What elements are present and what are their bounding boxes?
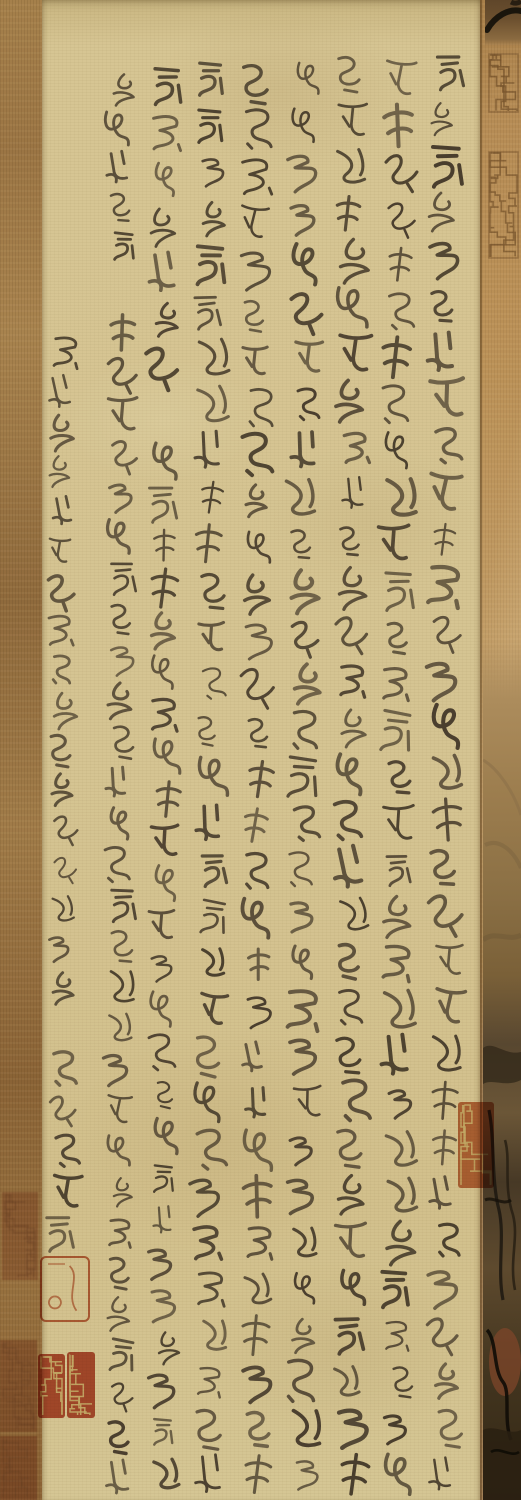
calligraphy-glyph	[377, 428, 421, 473]
calligraphy-glyph	[283, 196, 327, 241]
calligraphy-glyph	[424, 1452, 468, 1497]
artist-seal-right-pattern	[67, 1352, 95, 1418]
calligraphy-glyph	[424, 1265, 468, 1310]
calligraphy-glyph	[143, 441, 187, 481]
calligraphy-glyph	[42, 1049, 86, 1088]
calligraphy-glyph	[99, 1131, 143, 1170]
calligraphy-glyph	[99, 885, 143, 924]
calligraphy-glyph	[99, 640, 143, 679]
calligraphy-glyph	[330, 798, 374, 843]
calligraphy-glyph	[283, 894, 327, 939]
calligraphy-glyph	[377, 754, 421, 799]
calligraphy-glyph	[377, 521, 421, 566]
calligraphy-glyph	[189, 847, 233, 892]
collector-seal-left-border-1-pattern	[2, 1192, 38, 1280]
calligraphy-glyph	[236, 989, 280, 1033]
calligraphy-glyph	[143, 736, 187, 776]
calligraphy-glyph	[99, 1294, 143, 1333]
calligraphy-glyph	[377, 1173, 421, 1218]
calligraphy-glyph	[236, 61, 280, 105]
calligraphy-glyph	[424, 96, 468, 141]
calligraphy-glyph	[143, 1116, 187, 1156]
calligraphy-glyph	[236, 1081, 280, 1125]
calligraphy-glyph	[283, 940, 327, 985]
calligraphy-glyph	[330, 1125, 374, 1170]
calligraphy-glyph	[330, 471, 374, 516]
calligraphy-glyph	[377, 1220, 421, 1265]
calligraphy-glyph	[236, 432, 280, 476]
calligraphy-glyph	[189, 754, 233, 799]
collector-seal-right-edge	[458, 1102, 494, 1188]
calligraphy-glyph	[377, 940, 421, 985]
calligraphy-glyph	[99, 110, 143, 147]
calligraphy-glyph	[99, 313, 143, 352]
calligraphy-glyph	[189, 1173, 233, 1218]
calligraphy-glyph	[189, 1359, 233, 1404]
calligraphy-glyph	[189, 1127, 233, 1172]
calligraphy-glyph	[424, 657, 468, 702]
calligraphy-glyph	[330, 51, 374, 96]
calligraphy-glyph	[377, 242, 421, 287]
calligraphy-glyph	[189, 103, 233, 148]
calligraphy-glyph	[424, 236, 468, 281]
calligraphy-glyph	[236, 107, 280, 151]
calligraphy-glyph	[236, 339, 280, 383]
calligraphy-glyph	[330, 285, 374, 330]
calligraphy-glyph	[143, 1074, 187, 1114]
calligraphy-glyph	[143, 250, 187, 295]
calligraphy-glyph	[236, 1360, 280, 1404]
calligraphy-glyph	[189, 1220, 233, 1265]
calligraphy-glyph	[99, 926, 143, 965]
calligraphy-glyph	[283, 708, 327, 753]
text-column-4	[282, 0, 328, 1500]
calligraphy-glyph	[330, 1312, 374, 1357]
ink-seal-impression-top-1-pattern	[487, 52, 520, 114]
calligraphy-glyph	[377, 103, 421, 148]
calligraphy-glyph	[99, 1090, 143, 1129]
calligraphy-glyph	[283, 428, 327, 473]
calligraphy-glyph	[143, 1454, 187, 1494]
calligraphy-glyph	[236, 200, 280, 244]
artist-seal-left	[38, 1354, 65, 1418]
calligraphy-glyph	[330, 985, 374, 1030]
calligraphy-glyph	[189, 475, 233, 520]
calligraphy-glyph	[330, 938, 374, 983]
calligraphy-glyph	[377, 382, 421, 427]
calligraphy-glyph	[236, 1035, 280, 1079]
calligraphy-glyph	[330, 1265, 374, 1310]
calligraphy-glyph	[99, 1335, 143, 1374]
calligraphy-glyph	[143, 821, 187, 861]
calligraphy-glyph	[424, 49, 468, 94]
calligraphy-glyph	[236, 478, 280, 522]
calligraphy-glyph	[236, 1406, 280, 1450]
calligraphy-glyph	[143, 905, 187, 945]
calligraphy-glyph	[377, 894, 421, 939]
calligraphy-glyph	[189, 615, 233, 660]
calligraphy-glyph	[189, 940, 233, 985]
calligraphy-glyph	[99, 149, 143, 186]
calligraphy-glyph	[283, 56, 327, 101]
artist-pictorial-seal-pattern	[42, 1258, 88, 1320]
calligraphy-glyph	[236, 1313, 280, 1357]
calligraphy-glyph	[143, 1369, 187, 1409]
calligraphy-glyph	[236, 942, 280, 986]
calligraphy-glyph	[99, 804, 143, 843]
calligraphy-glyph	[283, 149, 327, 194]
calligraphy-glyph	[189, 1080, 233, 1125]
calligraphy-glyph	[330, 191, 374, 236]
calligraphy-glyph	[143, 1411, 187, 1451]
ink-seal-impression-top-1	[487, 52, 520, 114]
calligraphy-glyph	[189, 382, 233, 427]
calligraphy-glyph	[283, 661, 327, 706]
calligraphy-glyph	[236, 896, 280, 940]
calligraphy-glyph	[424, 563, 468, 608]
calligraphy-glyph	[377, 1452, 421, 1497]
calligraphy-glyph	[377, 1359, 421, 1404]
ink-stroke-top-right	[485, 0, 521, 46]
calligraphy-glyph	[283, 615, 327, 660]
calligraphy-glyph	[99, 1008, 143, 1047]
calligraphy-glyph	[377, 149, 421, 194]
calligraphy-glyph	[330, 378, 374, 423]
calligraphy-glyph	[236, 1452, 280, 1496]
calligraphy-glyph	[283, 382, 327, 427]
calligraphy-glyph	[99, 71, 143, 108]
calligraphy-glyph	[143, 863, 187, 903]
calligraphy-glyph	[377, 1266, 421, 1311]
calligraphy-glyph	[99, 763, 143, 802]
calligraphy-glyph	[143, 297, 187, 342]
calligraphy-glyph	[377, 847, 421, 892]
calligraphy-glyph	[283, 1033, 327, 1078]
calligraphy-glyph	[330, 658, 374, 703]
calligraphy-glyph	[377, 56, 421, 101]
calligraphy-glyph	[42, 1172, 86, 1211]
calligraphy-glyph	[330, 1219, 374, 1264]
calligraphy-glyph	[236, 1220, 280, 1264]
calligraphy-glyph	[189, 1033, 233, 1078]
calligraphy-glyph	[283, 1313, 327, 1358]
calligraphy-glyph	[330, 518, 374, 563]
calligraphy-glyph	[283, 987, 327, 1032]
calligraphy-glyph	[143, 483, 187, 523]
calligraphy-glyph	[283, 475, 327, 520]
calligraphy-glyph	[330, 845, 374, 890]
calligraphy-glyph	[283, 1452, 327, 1497]
calligraphy-glyph	[283, 1359, 327, 1404]
artist-seal-right	[67, 1352, 95, 1418]
calligraphy-glyph	[189, 521, 233, 566]
ink-seal-impression-top-2-pattern	[487, 150, 520, 260]
calligraphy-glyph	[283, 1406, 327, 1451]
collector-seal-right-edge-pattern	[458, 1102, 494, 1188]
ink-seal-impression-top-2	[487, 150, 520, 260]
calligraphy-glyph	[143, 525, 187, 565]
calligraphy-glyph	[330, 611, 374, 656]
calligraphy-glyph	[424, 1218, 468, 1263]
calligraphy-glyph	[189, 1406, 233, 1451]
calligraphy-glyph	[283, 1127, 327, 1172]
collector-seal-left-border-1	[2, 1192, 38, 1280]
calligraphy-glyph	[330, 1405, 374, 1450]
calligraphy-glyph	[189, 289, 233, 334]
calligraphy-glyph	[424, 517, 468, 562]
calligraphy-glyph	[424, 750, 468, 795]
calligraphy-glyph	[143, 652, 187, 692]
calligraphy-glyph	[189, 428, 233, 473]
calligraphy-glyph	[283, 754, 327, 799]
calligraphy-glyph	[143, 204, 187, 249]
calligraphy-glyph	[424, 189, 468, 234]
calligraphy-glyph	[236, 757, 280, 801]
calligraphy-glyph	[143, 1285, 187, 1325]
calligraphy-glyph	[236, 664, 280, 708]
calligraphy-glyph	[283, 335, 327, 380]
calligraphy-glyph	[236, 386, 280, 430]
calligraphy-glyph	[283, 289, 327, 334]
calligraphy-glyph	[424, 984, 468, 1029]
calligraphy-glyph	[424, 1405, 468, 1450]
calligraphy-glyph	[424, 891, 468, 936]
calligraphy-glyph	[236, 247, 280, 291]
calligraphy-glyph	[377, 661, 421, 706]
calligraphy-glyph	[99, 1376, 143, 1415]
calligraphy-glyph	[189, 196, 233, 241]
calligraphy-glyph	[99, 227, 143, 264]
calligraphy-glyph	[283, 521, 327, 566]
calligraphy-glyph	[330, 705, 374, 750]
calligraphy-glyph	[236, 710, 280, 754]
calligraphy-glyph	[283, 847, 327, 892]
collector-seal-left-border-2-pattern	[0, 1340, 37, 1432]
calligraphy-glyph	[99, 395, 143, 434]
calligraphy-glyph	[99, 1458, 143, 1497]
calligraphy-glyph	[99, 1213, 143, 1252]
calligraphy-glyph	[330, 425, 374, 470]
calligraphy-glyph	[99, 188, 143, 225]
calligraphy-glyph	[377, 1406, 421, 1451]
calligraphy-glyph	[99, 517, 143, 556]
calligraphy-glyph	[143, 1158, 187, 1198]
calligraphy-glyph	[330, 1359, 374, 1404]
calligraphy-glyph	[377, 708, 421, 753]
calligraphy-glyph	[424, 1031, 468, 1076]
calligraphy-glyph	[99, 558, 143, 597]
calligraphy-glyph	[377, 1080, 421, 1125]
text-column-6	[188, 0, 234, 1500]
calligraphy-glyph	[189, 149, 233, 194]
calligraphy-glyph	[424, 330, 468, 375]
calligraphy-glyph	[189, 894, 233, 939]
adjacent-panel-corner	[485, 0, 521, 46]
calligraphy-glyph	[99, 477, 143, 516]
calligraphy-glyph	[377, 475, 421, 520]
calligraphy-glyph	[143, 1327, 187, 1367]
calligraphy-glyph	[424, 610, 468, 655]
calligraphy-glyph	[143, 344, 187, 389]
calligraphy-glyph	[424, 844, 468, 889]
calligraphy-glyph	[283, 242, 327, 287]
calligraphy-glyph	[330, 1032, 374, 1077]
calligraphy-glyph	[283, 568, 327, 613]
calligraphy-glyph	[377, 801, 421, 846]
calligraphy-glyph	[424, 938, 468, 983]
calligraphy-glyph	[424, 1312, 468, 1357]
calligraphy-glyph	[283, 1173, 327, 1218]
calligraphy-glyph	[143, 947, 187, 987]
calligraphy-glyph	[330, 98, 374, 143]
text-column-8	[98, 0, 144, 1500]
collector-seal-left-border-3	[0, 1436, 37, 1500]
calligraphy-glyph	[99, 1253, 143, 1292]
calligraphy-glyph	[424, 1358, 468, 1403]
calligraphy-glyph	[330, 1452, 374, 1497]
calligraphy-glyph	[99, 1172, 143, 1211]
calligraphy-glyph	[143, 1032, 187, 1072]
calligraphy-glyph	[189, 242, 233, 287]
artist-seal-left-pattern	[38, 1354, 65, 1418]
calligraphy-glyph	[330, 238, 374, 283]
calligraphy-glyph	[236, 1128, 280, 1172]
text-column-1	[423, 0, 469, 1500]
calligraphy-glyph	[42, 1213, 86, 1252]
calligraphy-glyph	[236, 154, 280, 198]
calligraphy-glyph	[424, 423, 468, 468]
calligraphy-glyph	[143, 989, 187, 1029]
calligraphy-glyph	[236, 849, 280, 893]
calligraphy-glyph	[377, 615, 421, 660]
calligraphy-glyph	[424, 283, 468, 328]
calligraphy-glyph	[99, 681, 143, 720]
calligraphy-glyph	[330, 144, 374, 189]
calligraphy-glyph	[189, 801, 233, 846]
calligraphy-glyph	[189, 1452, 233, 1497]
painting-edge	[483, 640, 521, 1500]
calligraphy-glyph	[189, 1313, 233, 1358]
calligraphy-glyph	[330, 565, 374, 610]
calligraphy-glyph	[424, 376, 468, 421]
calligraphy-glyph	[377, 987, 421, 1032]
calligraphy-glyph	[99, 967, 143, 1006]
calligraphy-glyph	[377, 1033, 421, 1078]
calligraphy-glyph	[236, 1174, 280, 1218]
calligraphy-glyph	[189, 56, 233, 101]
calligraphy-glyph	[236, 571, 280, 615]
calligraphy-glyph	[143, 568, 187, 608]
calligraphy-glyph	[99, 1049, 143, 1088]
calligraphy-glyph	[424, 797, 468, 842]
calligraphy-glyph	[236, 1267, 280, 1311]
calligraphy-glyph	[99, 599, 143, 638]
calligraphy-glyph	[236, 803, 280, 847]
calligraphy-glyph	[236, 525, 280, 569]
calligraphy-glyph	[143, 694, 187, 734]
calligraphy-glyph	[283, 103, 327, 148]
calligraphy-glyph	[99, 1417, 143, 1456]
calligraphy-glyph	[377, 196, 421, 241]
calligraphy-glyph	[189, 987, 233, 1032]
painting-landscape-detail	[483, 640, 521, 1500]
calligraphy-glyph	[143, 63, 187, 108]
text-column-3	[329, 0, 375, 1500]
calligraphy-glyph	[330, 752, 374, 797]
calligraphy-glyph	[189, 661, 233, 706]
text-column-5	[235, 0, 281, 1500]
calligraphy-glyph	[236, 618, 280, 662]
calligraphy-glyph	[143, 779, 187, 819]
calligraphy-glyph	[377, 568, 421, 613]
calligraphy-glyph	[377, 289, 421, 334]
calligraphy-glyph	[377, 1127, 421, 1172]
calligraphy-glyph	[143, 110, 187, 155]
calligraphy-glyph	[189, 708, 233, 753]
calligraphy-glyph	[189, 335, 233, 380]
calligraphy-glyph	[236, 293, 280, 337]
calligraphy-glyph	[283, 1080, 327, 1125]
collector-seal-left-border-3-pattern	[0, 1436, 37, 1500]
calligraphy-glyph	[330, 892, 374, 937]
calligraphy-glyph	[189, 568, 233, 613]
text-column-2	[376, 0, 422, 1500]
calligraphy-scroll-photo	[0, 0, 521, 1500]
calligraphy-glyph	[143, 610, 187, 650]
calligraphy-glyph	[143, 1243, 187, 1283]
calligraphy-glyph	[99, 722, 143, 761]
calligraphy-glyph	[377, 1313, 421, 1358]
calligraphy-glyph	[42, 1131, 86, 1170]
calligraphy-glyph	[283, 1220, 327, 1265]
calligraphy-glyph	[377, 335, 421, 380]
calligraphy-glyph	[189, 1266, 233, 1311]
calligraphy-glyph	[99, 354, 143, 393]
calligraphy-glyph	[330, 1078, 374, 1123]
calligraphy-glyph	[283, 801, 327, 846]
calligraphy-glyph	[330, 331, 374, 376]
calligraphy-glyph	[283, 1266, 327, 1311]
calligraphy-glyph	[99, 845, 143, 884]
calligraphy-glyph	[424, 143, 468, 188]
calligraphy-glyph	[99, 436, 143, 475]
text-column-7	[142, 0, 188, 1500]
calligraphy-glyph	[424, 470, 468, 515]
artist-pictorial-seal	[40, 1256, 90, 1322]
calligraphy-glyph	[424, 704, 468, 749]
calligraphy-glyph	[143, 157, 187, 202]
calligraphy-glyph	[143, 1200, 187, 1240]
collector-seal-left-border-2	[0, 1340, 37, 1432]
calligraphy-glyph	[42, 1090, 86, 1129]
calligraphy-glyph	[330, 1172, 374, 1217]
